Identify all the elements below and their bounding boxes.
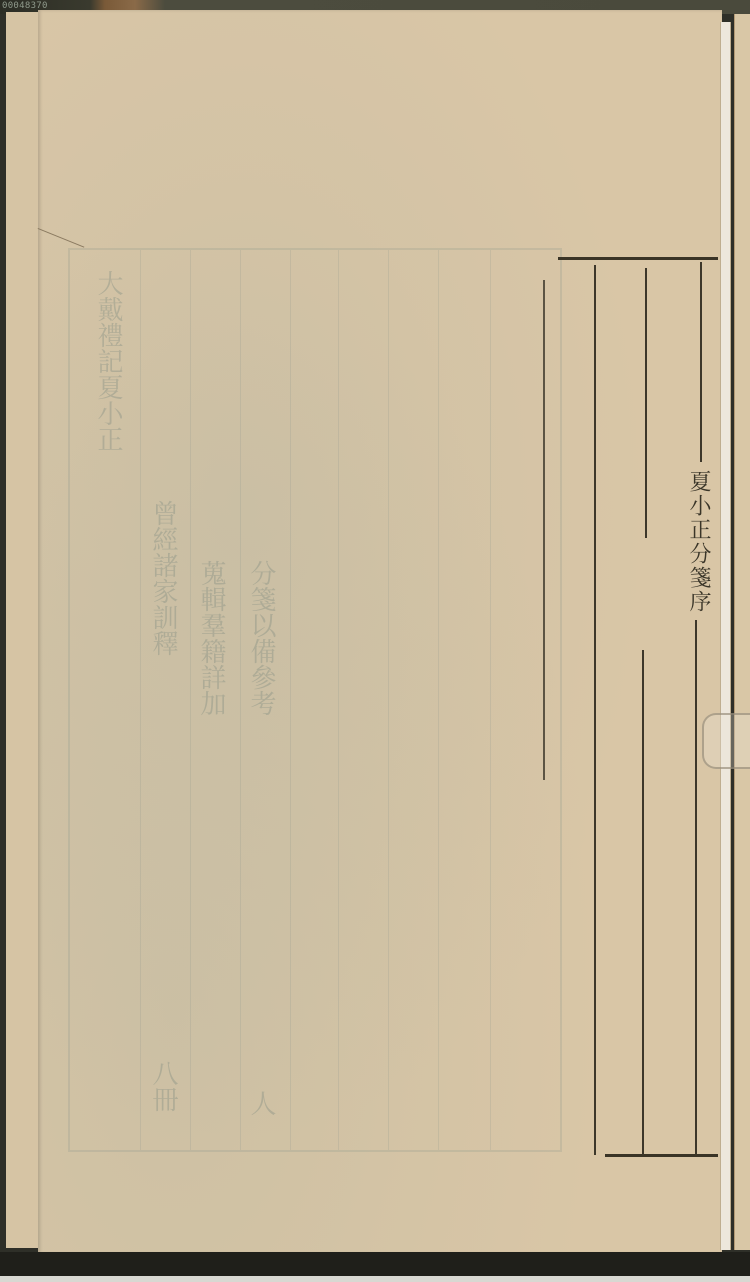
bleed-through-rule (338, 250, 339, 1150)
bleed-through-rule (140, 250, 141, 1150)
right-page-edge (734, 14, 750, 1250)
column-rule (642, 650, 644, 1155)
bleed-through-rule (290, 250, 291, 1150)
bleed-through-text: 大戴禮記夏小正 (95, 270, 125, 452)
printed-frame-bottom-border (605, 1154, 718, 1157)
bleed-through-rule (388, 250, 389, 1150)
bleed-through-text: 人 (248, 1090, 278, 1116)
bleed-through-rule (490, 250, 491, 1150)
bleed-through-rule (240, 250, 241, 1150)
spine-title-text: 夏小正分箋序 (684, 470, 712, 614)
bleed-through-text: 曾經諸家訓釋 (150, 500, 180, 656)
bleed-through-text: 蒐輯羣籍詳加 (198, 560, 228, 716)
paper-clip (702, 713, 750, 769)
column-rule (543, 280, 545, 780)
column-rule (645, 268, 647, 538)
column-rule (594, 265, 596, 1155)
bleed-through-text: 八冊 (150, 1060, 180, 1112)
bleed-through-rule (190, 250, 191, 1150)
page-edge-strip (720, 22, 731, 1250)
scanner-bottom-strip (0, 1276, 750, 1282)
bleed-through-text: 分箋以備參考 (248, 560, 278, 716)
column-rule (700, 262, 702, 462)
bleed-through-frame (68, 248, 562, 1152)
printed-frame-top-border (558, 257, 718, 260)
bleed-through-rule (438, 250, 439, 1150)
column-rule (695, 620, 697, 1155)
